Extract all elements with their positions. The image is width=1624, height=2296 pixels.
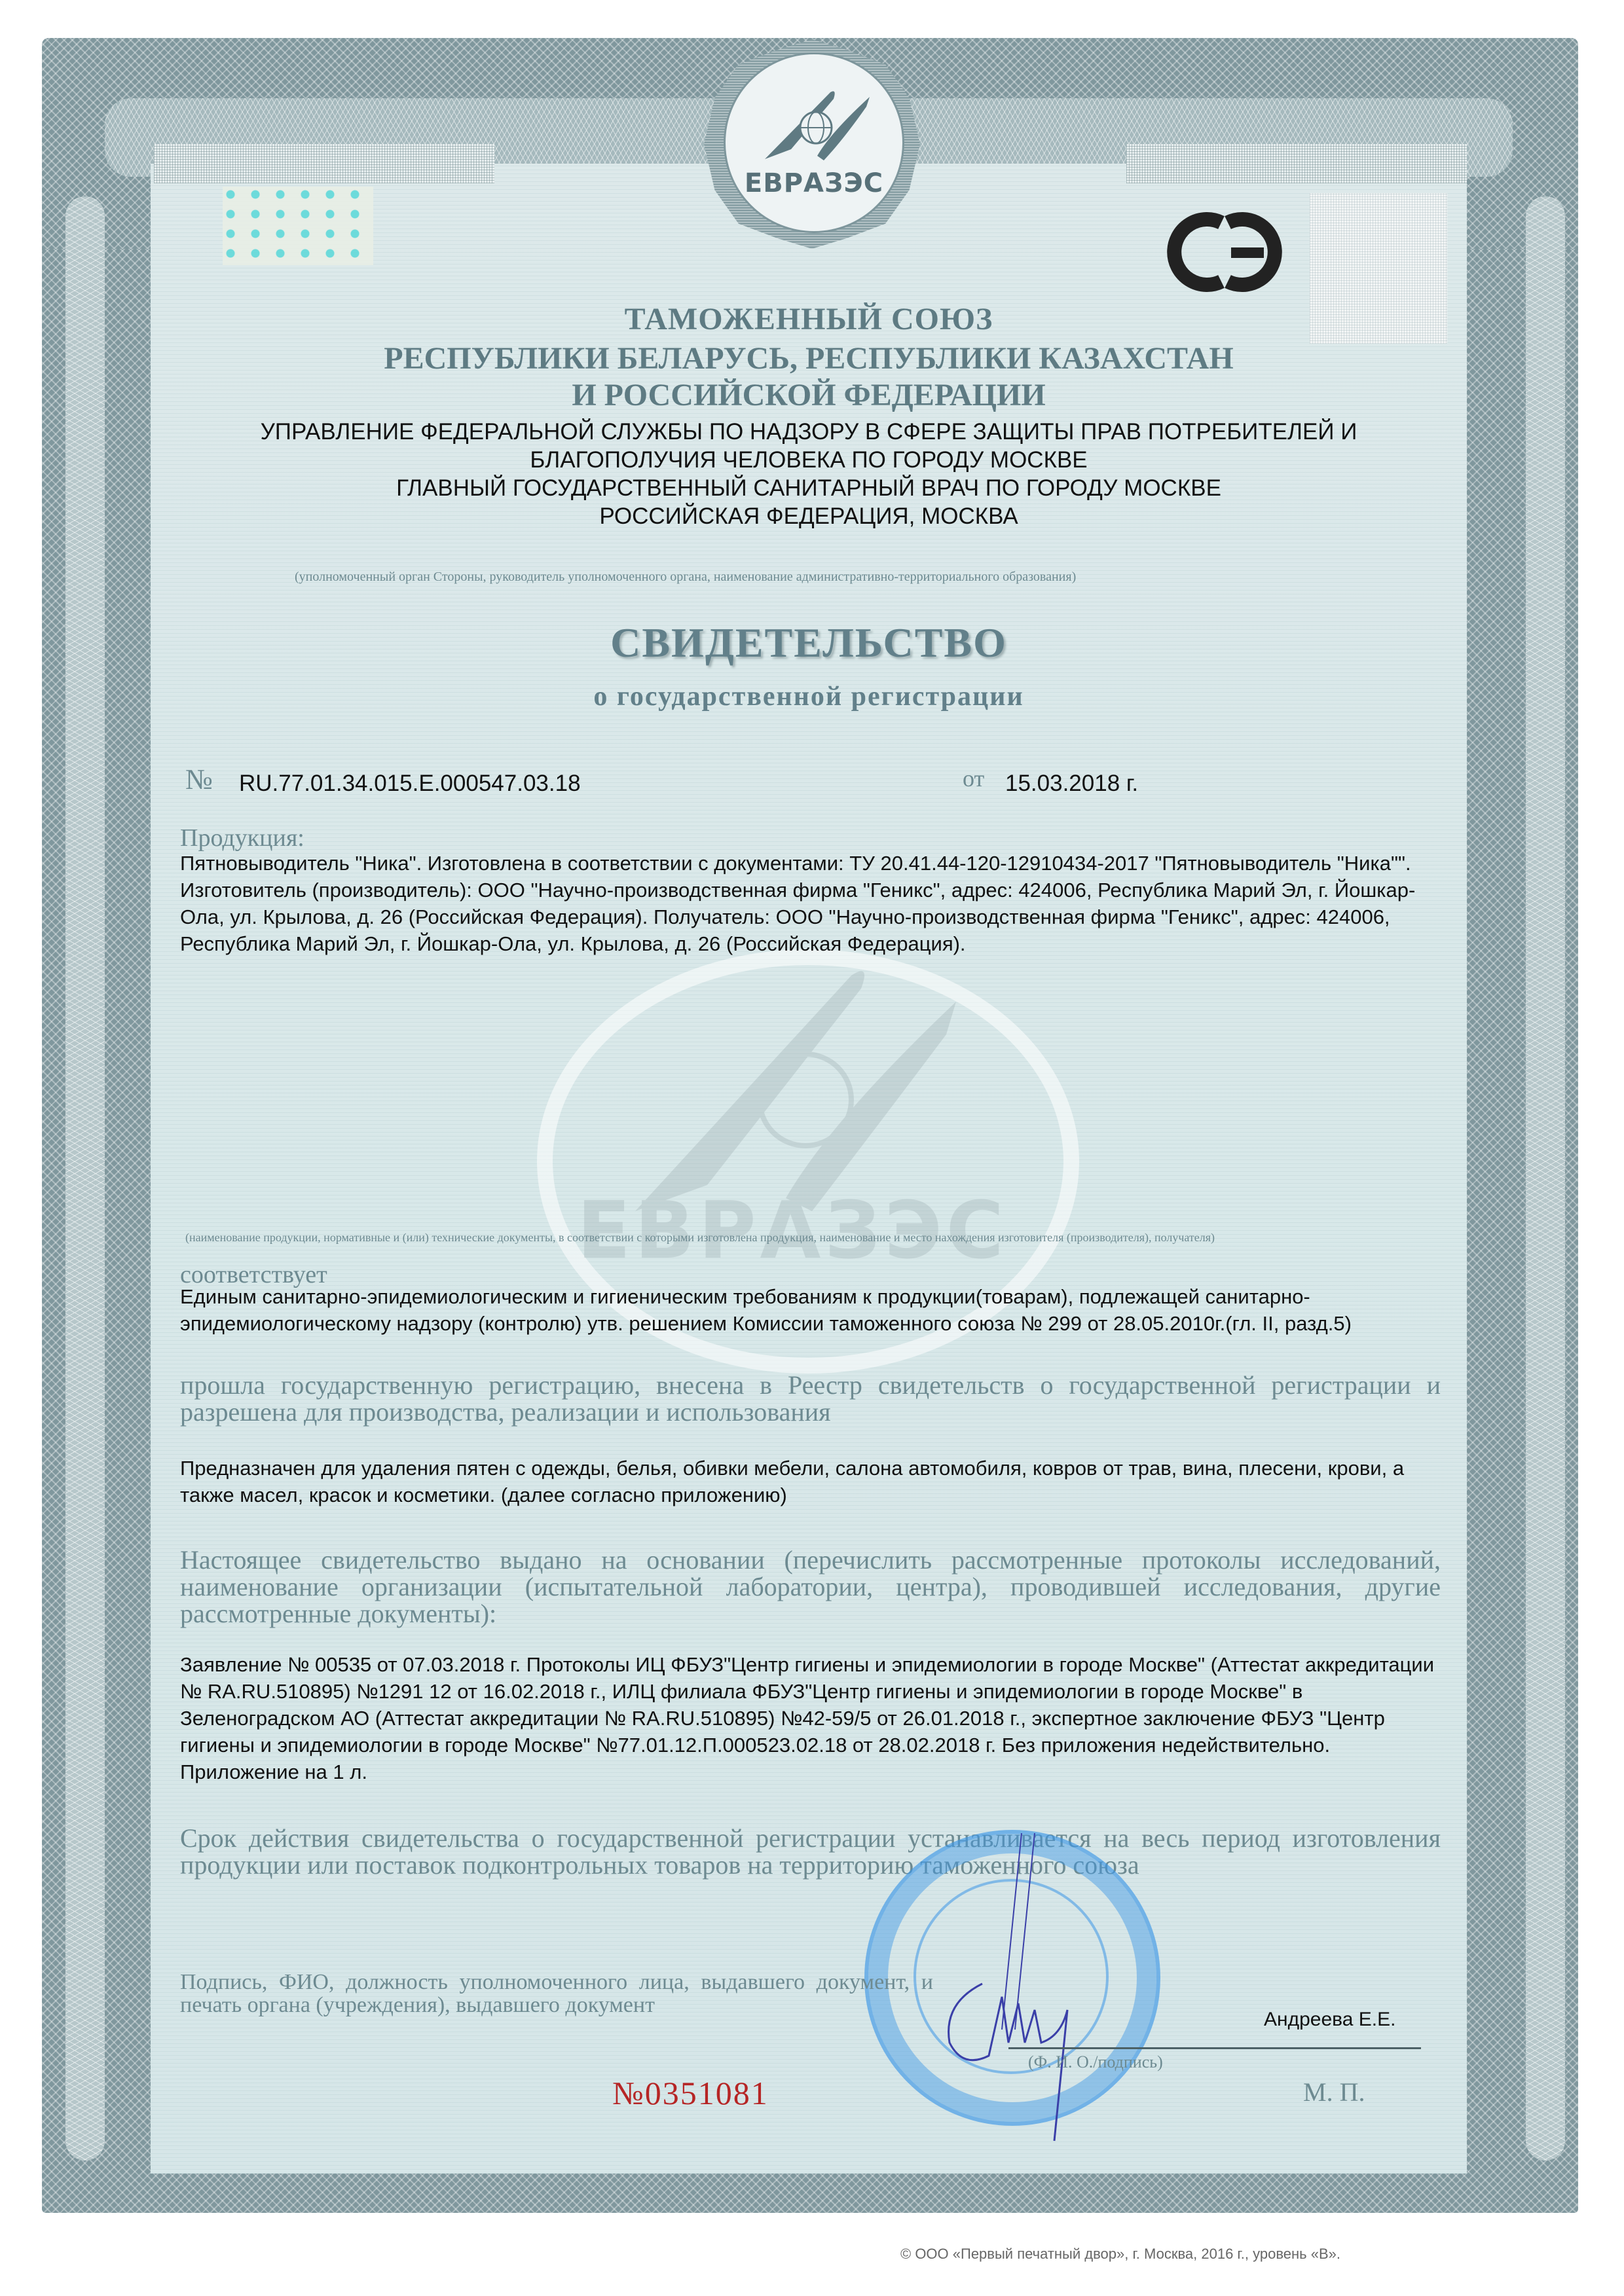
signer-name: Андреева Е.Е. <box>1264 2009 1395 2031</box>
number-label: № <box>185 763 213 796</box>
registration-date: 15.03.2018 г. <box>1005 771 1138 797</box>
authority-caption: (уполномоченный орган Стороны, руководит… <box>295 570 1076 585</box>
authority-line: РОССИЙСКАЯ ФЕДЕРАЦИЯ, МОСКВА <box>151 502 1467 530</box>
date-label: от <box>963 765 984 792</box>
hologram-icon <box>223 187 373 265</box>
frame-left-rail <box>65 196 105 2160</box>
eac-conformity-mark-icon <box>1159 210 1290 295</box>
header-line-3: И РОССИЙСКОЙ ФЕДЕРАЦИИ <box>151 377 1467 414</box>
validity-statement: Срок действия свидетельства о государств… <box>180 1825 1441 1878</box>
document-subtitle: о государственной регистрации <box>151 681 1467 712</box>
signature-line <box>1008 2047 1421 2049</box>
basis-documents: Заявление № 00535 от 07.03.2018 г. Прото… <box>180 1651 1437 1785</box>
product-purpose: Предназначен для удаления пятен с одежды… <box>180 1455 1437 1508</box>
authority-line: УПРАВЛЕНИЕ ФЕДЕРАЛЬНОЙ СЛУЖБЫ ПО НАДЗОРУ… <box>151 418 1467 446</box>
product-caption: (наименование продукции, нормативные и (… <box>185 1231 1215 1245</box>
frame-right-rail <box>1526 196 1565 2160</box>
signature-label: Подпись, ФИО, должность уполномоченного … <box>180 1971 933 2016</box>
form-serial-number: №0351081 <box>612 2074 769 2112</box>
product-description: Пятновыводитель "Ника". Изготовлена в со… <box>180 850 1437 957</box>
handwritten-signature-icon <box>904 1833 1139 2147</box>
header-line-2: РЕСПУБЛИКИ БЕЛАРУСЬ, РЕСПУБЛИКИ КАЗАХСТА… <box>151 340 1467 377</box>
eurasec-emblem-icon: ЕВРАЗЭС <box>724 52 904 233</box>
printer-imprint: © ООО «Первый печатный двор», г. Москва,… <box>900 2246 1340 2263</box>
registration-statement: прошла государственную регистрацию, внес… <box>180 1372 1441 1425</box>
emblem-text: ЕВРАЗЭС <box>745 168 883 198</box>
authority-line: БЛАГОПОЛУЧИЯ ЧЕЛОВЕКА ПО ГОРОДУ МОСКВЕ <box>151 446 1467 474</box>
registration-number: RU.77.01.34.015.Е.000547.03.18 <box>239 771 581 797</box>
document-title: СВИДЕТЕЛЬСТВО <box>151 619 1467 667</box>
authority-line: ГЛАВНЫЙ ГОСУДАРСТВЕННЫЙ САНИТАРНЫЙ ВРАЧ … <box>151 474 1467 502</box>
eurasec-logo-icon <box>752 87 876 166</box>
issuing-authority: УПРАВЛЕНИЕ ФЕДЕРАЛЬНОЙ СЛУЖБЫ ПО НАДЗОРУ… <box>151 418 1467 530</box>
conformity-requirements: Единым санитарно-эпидемиологическим и ги… <box>180 1283 1437 1337</box>
seal-place-label: М. П. <box>1303 2077 1365 2107</box>
mesh-pattern-right <box>1126 144 1467 183</box>
eurasec-watermark-icon: ЕВРАЗЭС <box>537 949 1048 1303</box>
mesh-pattern-left <box>154 144 494 183</box>
basis-label: Настоящее свидетельство выдано на основа… <box>180 1546 1441 1627</box>
signature-caption: (Ф. И. О./подпись) <box>1028 2052 1163 2072</box>
product-label: Продукция: <box>180 824 304 852</box>
header-line-1: ТАМОЖЕННЫЙ СОЮЗ <box>151 301 1467 338</box>
